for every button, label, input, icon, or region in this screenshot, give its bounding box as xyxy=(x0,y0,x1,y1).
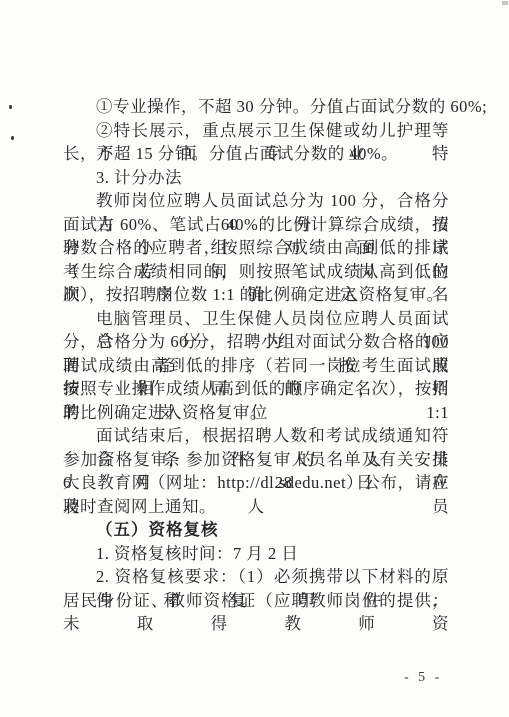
text-line: 考生综合成绩相同的，则按照笔试成绩从高到低的顺序确定名 xyxy=(63,260,449,284)
text-line: 电脑管理员、卫生保健人员岗位应聘人员面试总分为 100 xyxy=(63,307,449,331)
scan-speck-top-right xyxy=(502,1,508,5)
text-line: 2. 资格复核要求：（1）必须携带以下材料的原件和复印件： xyxy=(63,565,449,589)
text-line: 次），按招聘岗位数 1:1 的比例确定进入资格复审。 xyxy=(63,283,449,307)
text-line: 1. 资格复核时间：7 月 2 日 xyxy=(63,542,449,566)
document-page: ①专业操作，不超 30 分钟。分值占面试分数的 60%;②特长展示，重点展示卫生… xyxy=(0,0,509,717)
scan-speck-left-2 xyxy=(11,136,14,140)
text-line: ①专业操作，不超 30 分钟。分值占面试分数的 60%; xyxy=(63,95,449,119)
text-line: 大良教育网（网址：http://dl.sdedu.net）公布，请应聘人员 xyxy=(63,471,449,495)
text-line: 面试成绩由高到低的排序（若同一岗位考生面试成绩相同的，则 xyxy=(63,354,449,378)
text-line: 长，不超 15 分钟。分值占面试分数的 40%。 xyxy=(63,142,449,166)
page-number: - 5 - xyxy=(404,670,464,686)
text-line: 按照专业操作成绩从高到低的顺序确定名次），按招聘岗位 1:1 xyxy=(63,377,449,401)
text-line: 居民身份证、教师资格证（应聘教师岗位的提供，未取得教师资 xyxy=(63,589,449,613)
scan-speck-left-1 xyxy=(9,105,12,109)
document-body: ①专业操作，不超 30 分钟。分值占面试分数的 60%;②特长展示，重点展示卫生… xyxy=(63,95,449,612)
text-line: 分数合格的应聘者，按照综合成绩由高到低的排序（若同一岗位 xyxy=(63,236,449,260)
text-line: （五）资格复核 xyxy=(63,518,449,542)
text-line: 3. 计分办法 xyxy=(63,166,449,190)
text-line: 分，合格分为 60 分，招聘小组对面试分数合格的应聘者，按照 xyxy=(63,330,449,354)
text-line: ②特长展示，重点展示卫生保健或幼儿护理等方面专业特 xyxy=(63,119,449,143)
text-line: 参加资格复审，参加资格复审人员名单及有关安排 6 月 28 日在 xyxy=(63,448,449,472)
text-line: 面试结束后，根据招聘人数和考试成绩通知符合条件的人员 xyxy=(63,424,449,448)
text-line: 教师岗位应聘人员面试总分为 100 分，合格分为 60 分，按 xyxy=(63,189,449,213)
text-line: 面试占 60%、笔试占 40%的比例计算综合成绩，招聘小组对面试 xyxy=(63,213,449,237)
